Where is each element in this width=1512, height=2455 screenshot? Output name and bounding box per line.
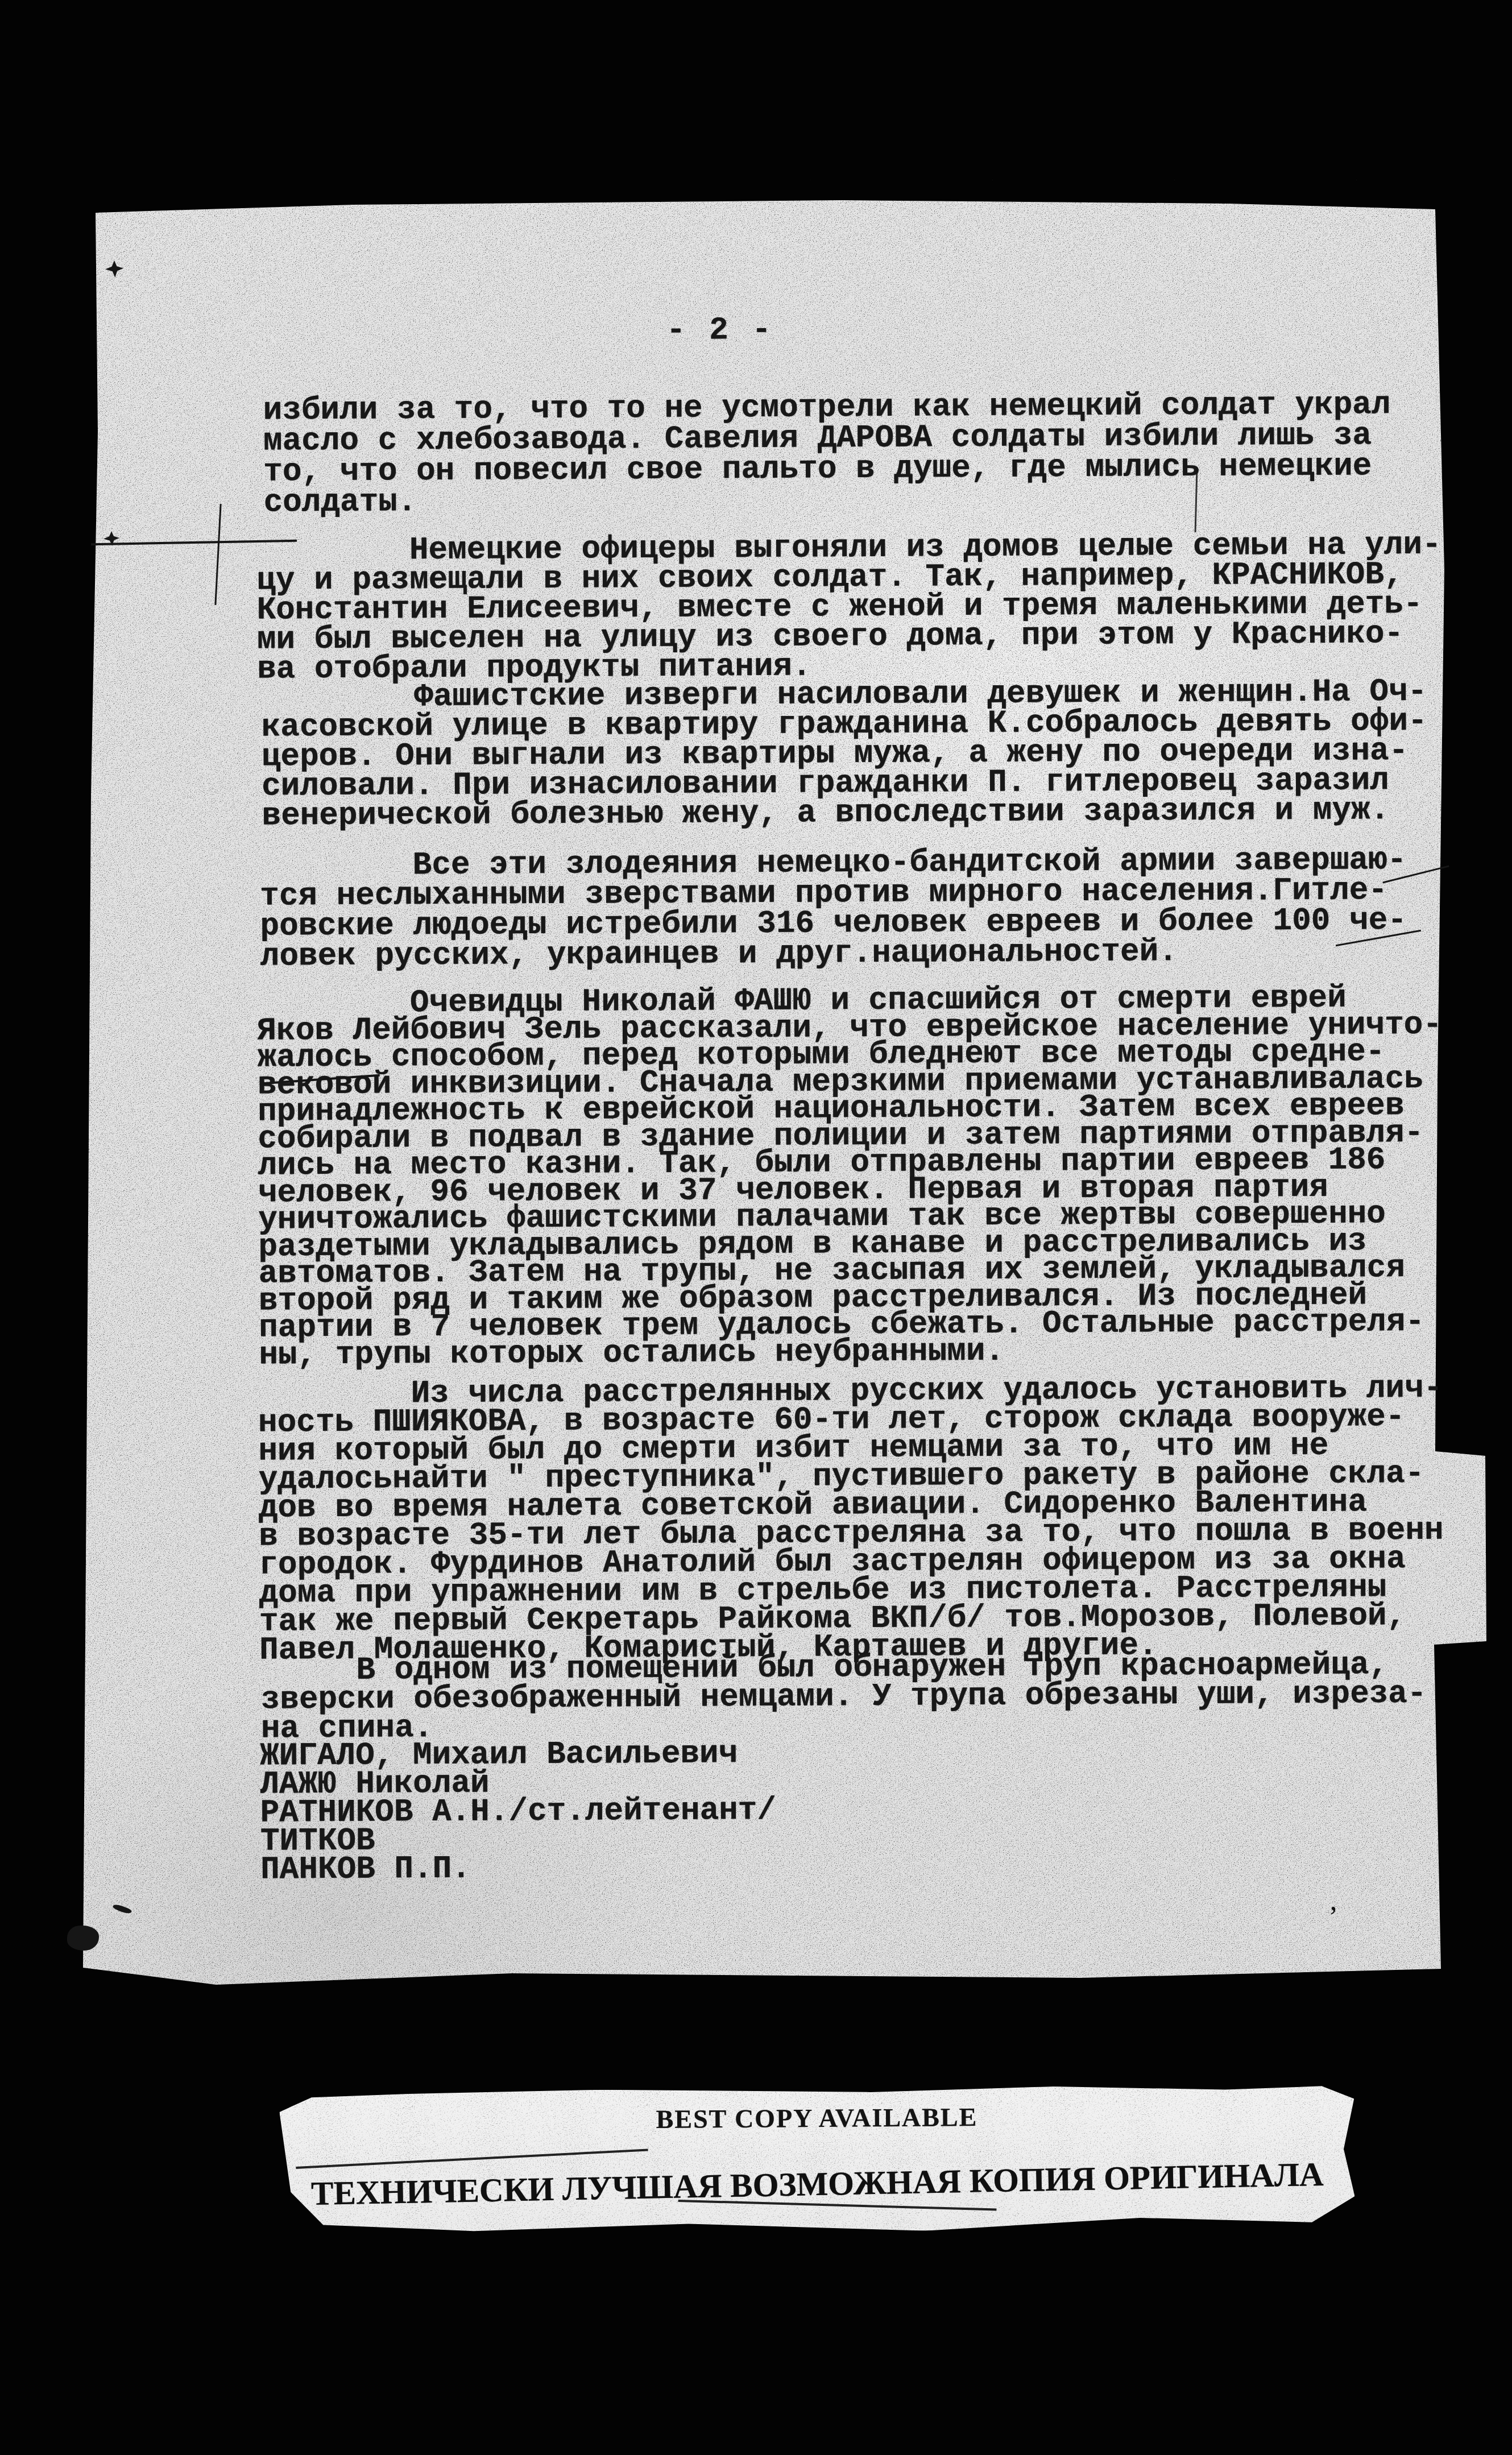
- paragraph-3: Фашистские изверги насиловали девушек и …: [261, 677, 1427, 831]
- pen-tick-bottom-right: ’: [1328, 1901, 1338, 1934]
- ink-blot-bottom-left: [67, 1926, 99, 1951]
- paragraph-6: Из числа расстрелянных русских удалось у…: [258, 1374, 1444, 1665]
- paragraph-2: Немецкие офицеры выгоняли из домов целые…: [256, 530, 1442, 684]
- paragraph-7: В одном из помещений был обнаружен труп …: [260, 1650, 1427, 1744]
- scanned-document-page: { "colors": { "background": "#030303", "…: [0, 0, 1512, 2455]
- typed-text-layer: - 2 - избили за то, что то не усмотрели …: [0, 0, 1512, 2455]
- paragraph-5: Очевидцы Николай ФАШЮ и спасшийся от сме…: [257, 984, 1444, 1369]
- signature-list: ЖИГАЛО, Михаил Васильевич ЛАЖЮ Николай Р…: [260, 1739, 777, 1884]
- page-number: - 2 -: [666, 312, 773, 349]
- paragraph-4: Все эти злодеяния немецко-бандитской арм…: [260, 845, 1407, 972]
- paragraph-1: избили за то, что то не усмотрели как не…: [263, 389, 1391, 518]
